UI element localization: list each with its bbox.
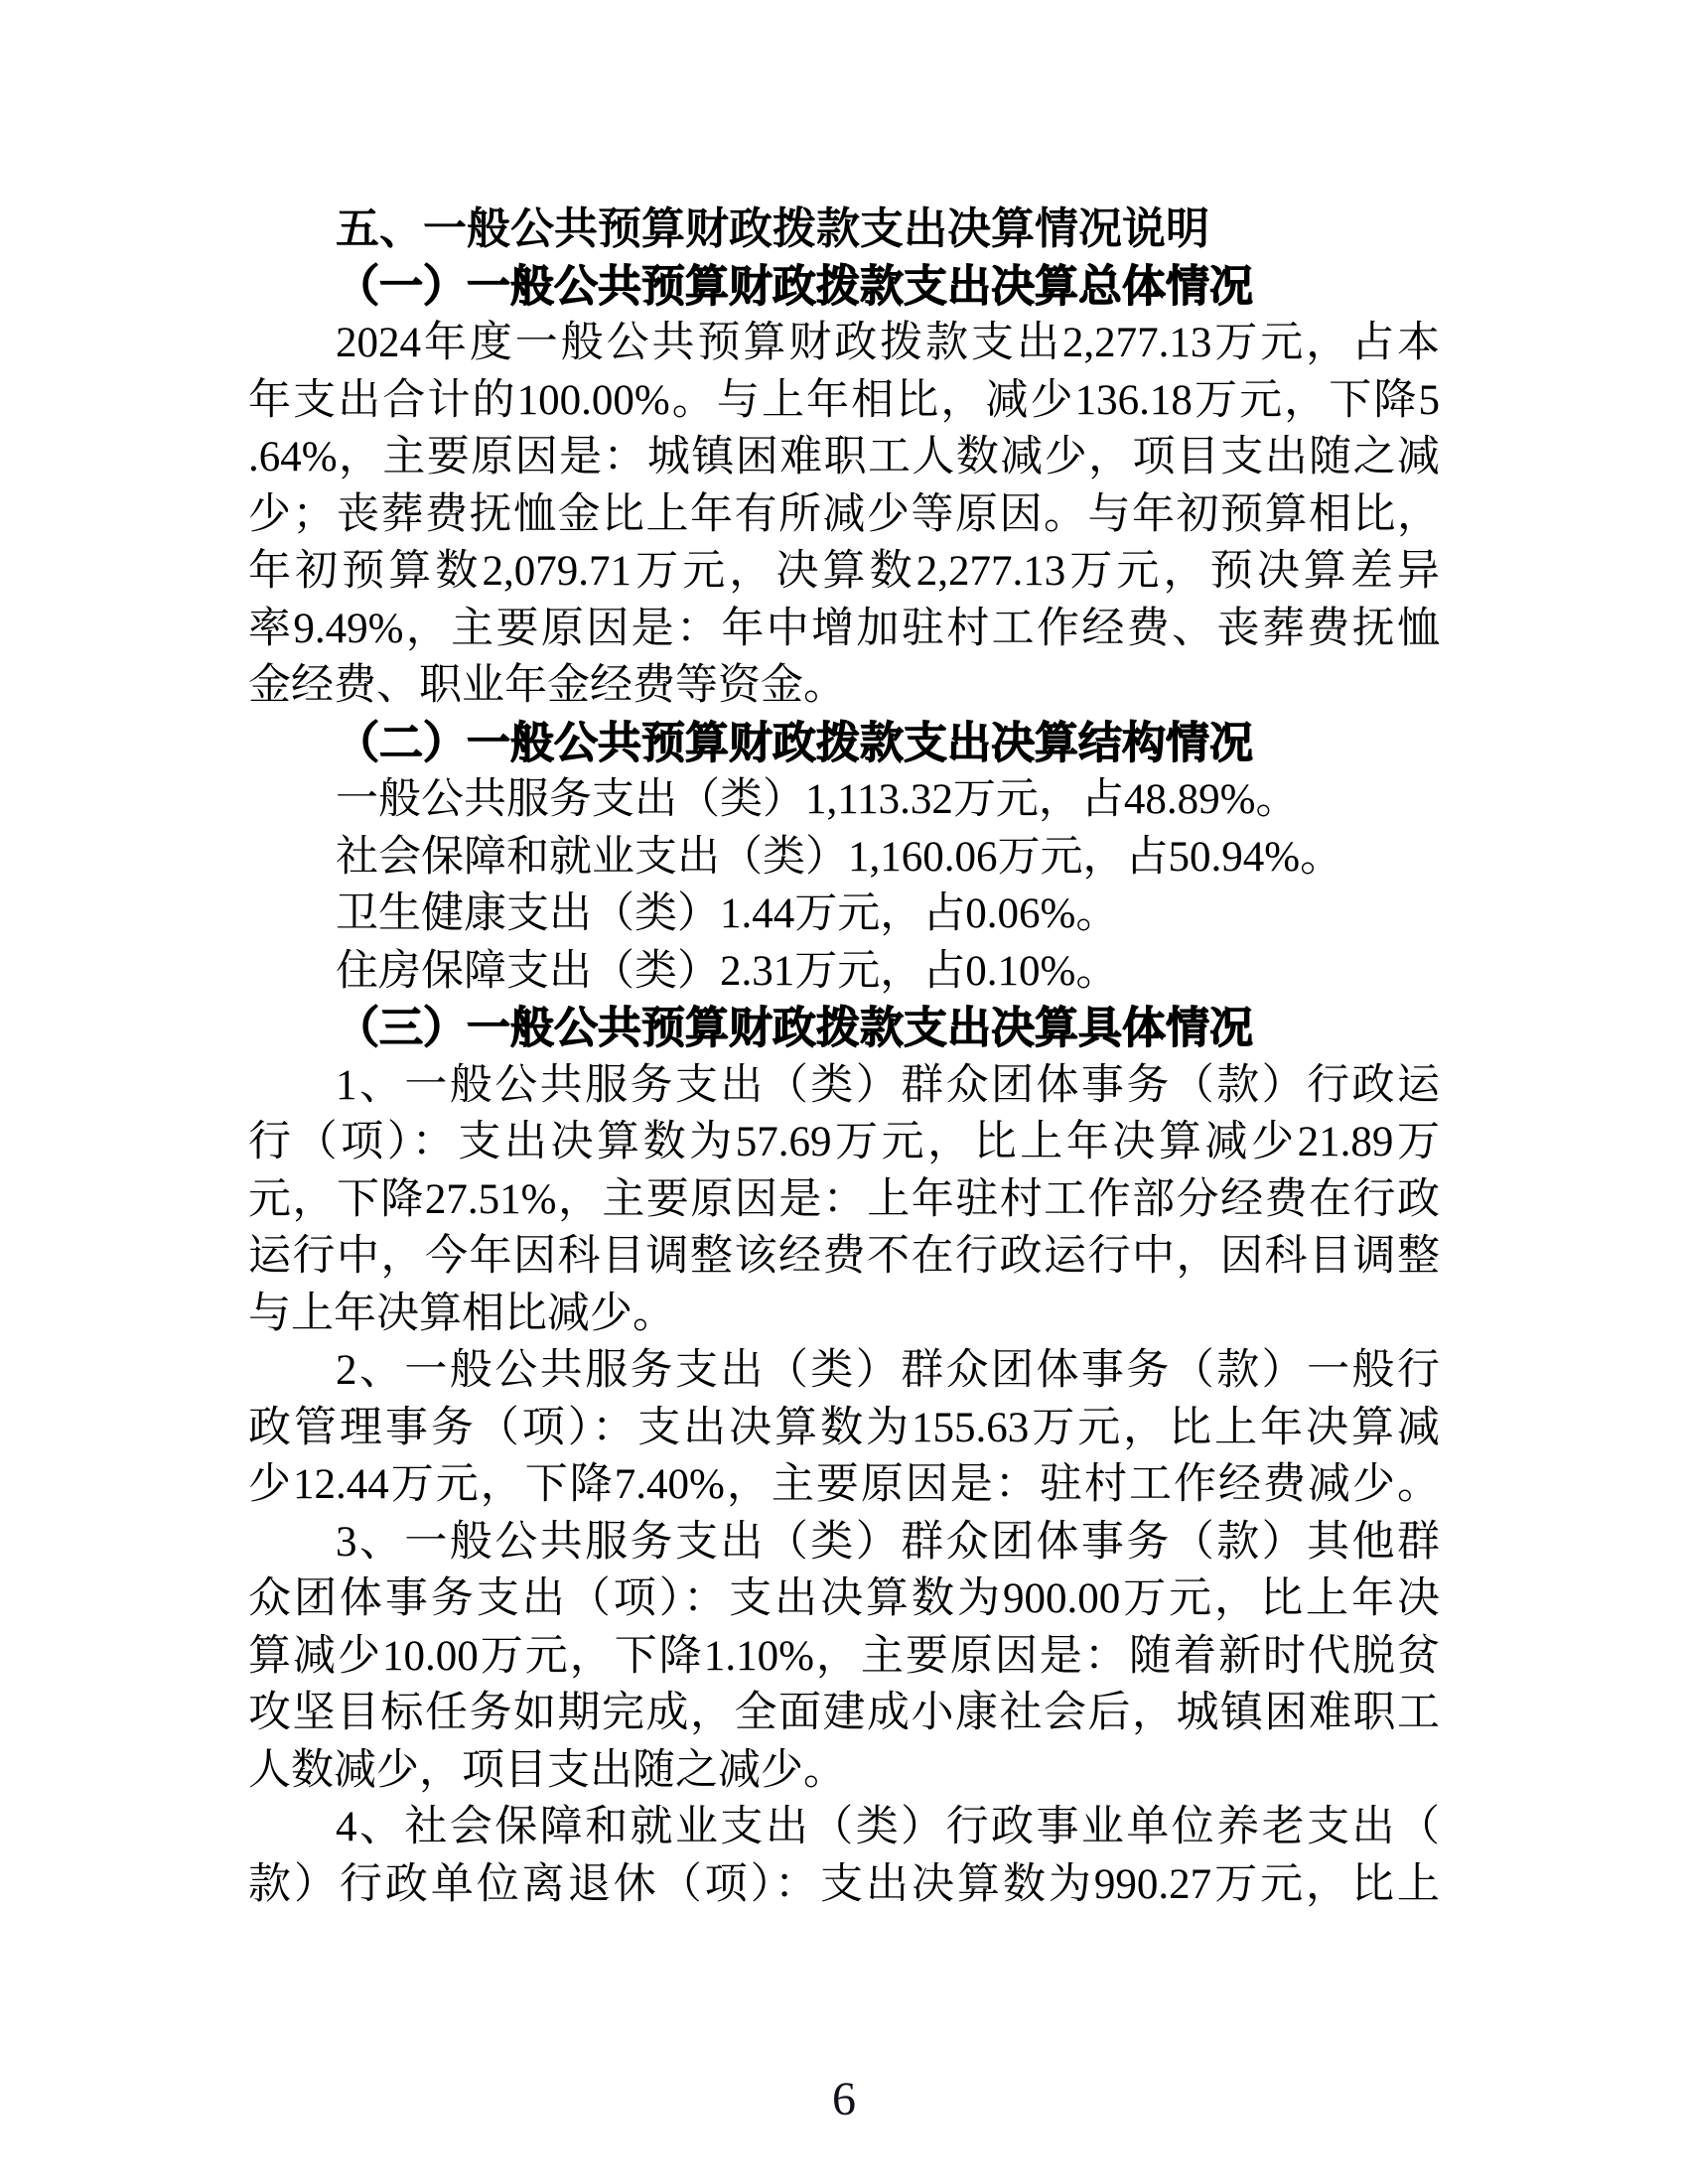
body-text-line: 款）行政单位离退休（项）：支出决算数为990.27万元，比上 (248, 1856, 1440, 1914)
body-text-line: 住房保障支出（类）2.31万元，占0.10%。 (248, 943, 1440, 1001)
body-text-line: 算减少10.00万元，下降1.10%，主要原因是：随着新时代脱贫 (248, 1628, 1440, 1686)
body-text-line: 1、一般公共服务支出（类）群众团体事务（款）行政运 (248, 1057, 1440, 1115)
body-text-line: 攻坚目标任务如期完成，全面建成小康社会后，城镇困难职工 (248, 1685, 1440, 1742)
document-page: 五、一般公共预算财政拨款支出决算情况说明（一）一般公共预算财政拨款支出决算总体情… (0, 0, 1688, 2184)
body-text-line: 卫生健康支出（类）1.44万元，占0.06%。 (248, 886, 1440, 943)
heading-section-5: 五、一般公共预算财政拨款支出决算情况说明 (248, 201, 1440, 258)
heading-sub-3: （三）一般公共预算财政拨款支出决算具体情况 (248, 1000, 1440, 1057)
body-text-line: 一般公共服务支出（类）1,113.32万元，占48.89%。 (248, 771, 1440, 829)
body-text-line: 社会保障和就业支出（类）1,160.06万元，占50.94%。 (248, 829, 1440, 887)
heading-sub-1: （一）一般公共预算财政拨款支出决算总体情况 (248, 258, 1440, 316)
body-text-line: 2024年度一般公共预算财政拨款支出2,277.13万元，占本 (248, 315, 1440, 372)
body-text-line: 行（项）：支出决算数为57.69万元，比上年决算减少21.89万 (248, 1114, 1440, 1171)
body-text-line: 政管理事务（项）：支出决算数为155.63万元，比上年决算减 (248, 1400, 1440, 1457)
body-text-line: 3、一般公共服务支出（类）群众团体事务（款）其他群 (248, 1514, 1440, 1571)
heading-sub-2: （二）一般公共预算财政拨款支出决算结构情况 (248, 715, 1440, 772)
document-body: 五、一般公共预算财政拨款支出决算情况说明（一）一般公共预算财政拨款支出决算总体情… (248, 201, 1440, 1913)
body-text-line: 年支出合计的100.00%。与上年相比，减少136.18万元，下降5 (248, 372, 1440, 430)
body-text-line: 2、一般公共服务支出（类）群众团体事务（款）一般行 (248, 1342, 1440, 1400)
body-text-line: 人数减少，项目支出随之减少。 (248, 1742, 1440, 1800)
body-text-line: 众团体事务支出（项）：支出决算数为900.00万元，比上年决 (248, 1570, 1440, 1628)
body-text-line: 少；丧葬费抚恤金比上年有所减少等原因。与年初预算相比， (248, 486, 1440, 544)
body-text-line: 4、社会保障和就业支出（类）行政事业单位养老支出（ (248, 1799, 1440, 1856)
body-text-line: .64%，主要原因是：城镇困难职工人数减少，项目支出随之减 (248, 429, 1440, 486)
body-text-line: 元，下降27.51%，主要原因是：上年驻村工作部分经费在行政 (248, 1171, 1440, 1229)
body-text-line: 金经费、职业年金经费等资金。 (248, 657, 1440, 715)
body-text-line: 率9.49%，主要原因是：年中增加驻村工作经费、丧葬费抚恤 (248, 601, 1440, 658)
body-text-line: 运行中，今年因科目调整该经费不在行政运行中，因科目调整 (248, 1228, 1440, 1286)
body-text-line: 与上年决算相比减少。 (248, 1286, 1440, 1343)
body-text-line: 年初预算数2,079.71万元，决算数2,277.13万元，预决算差异 (248, 543, 1440, 601)
page-number: 6 (0, 2071, 1688, 2128)
body-text-line: 少12.44万元，下降7.40%，主要原因是：驻村工作经费减少。 (248, 1456, 1440, 1514)
